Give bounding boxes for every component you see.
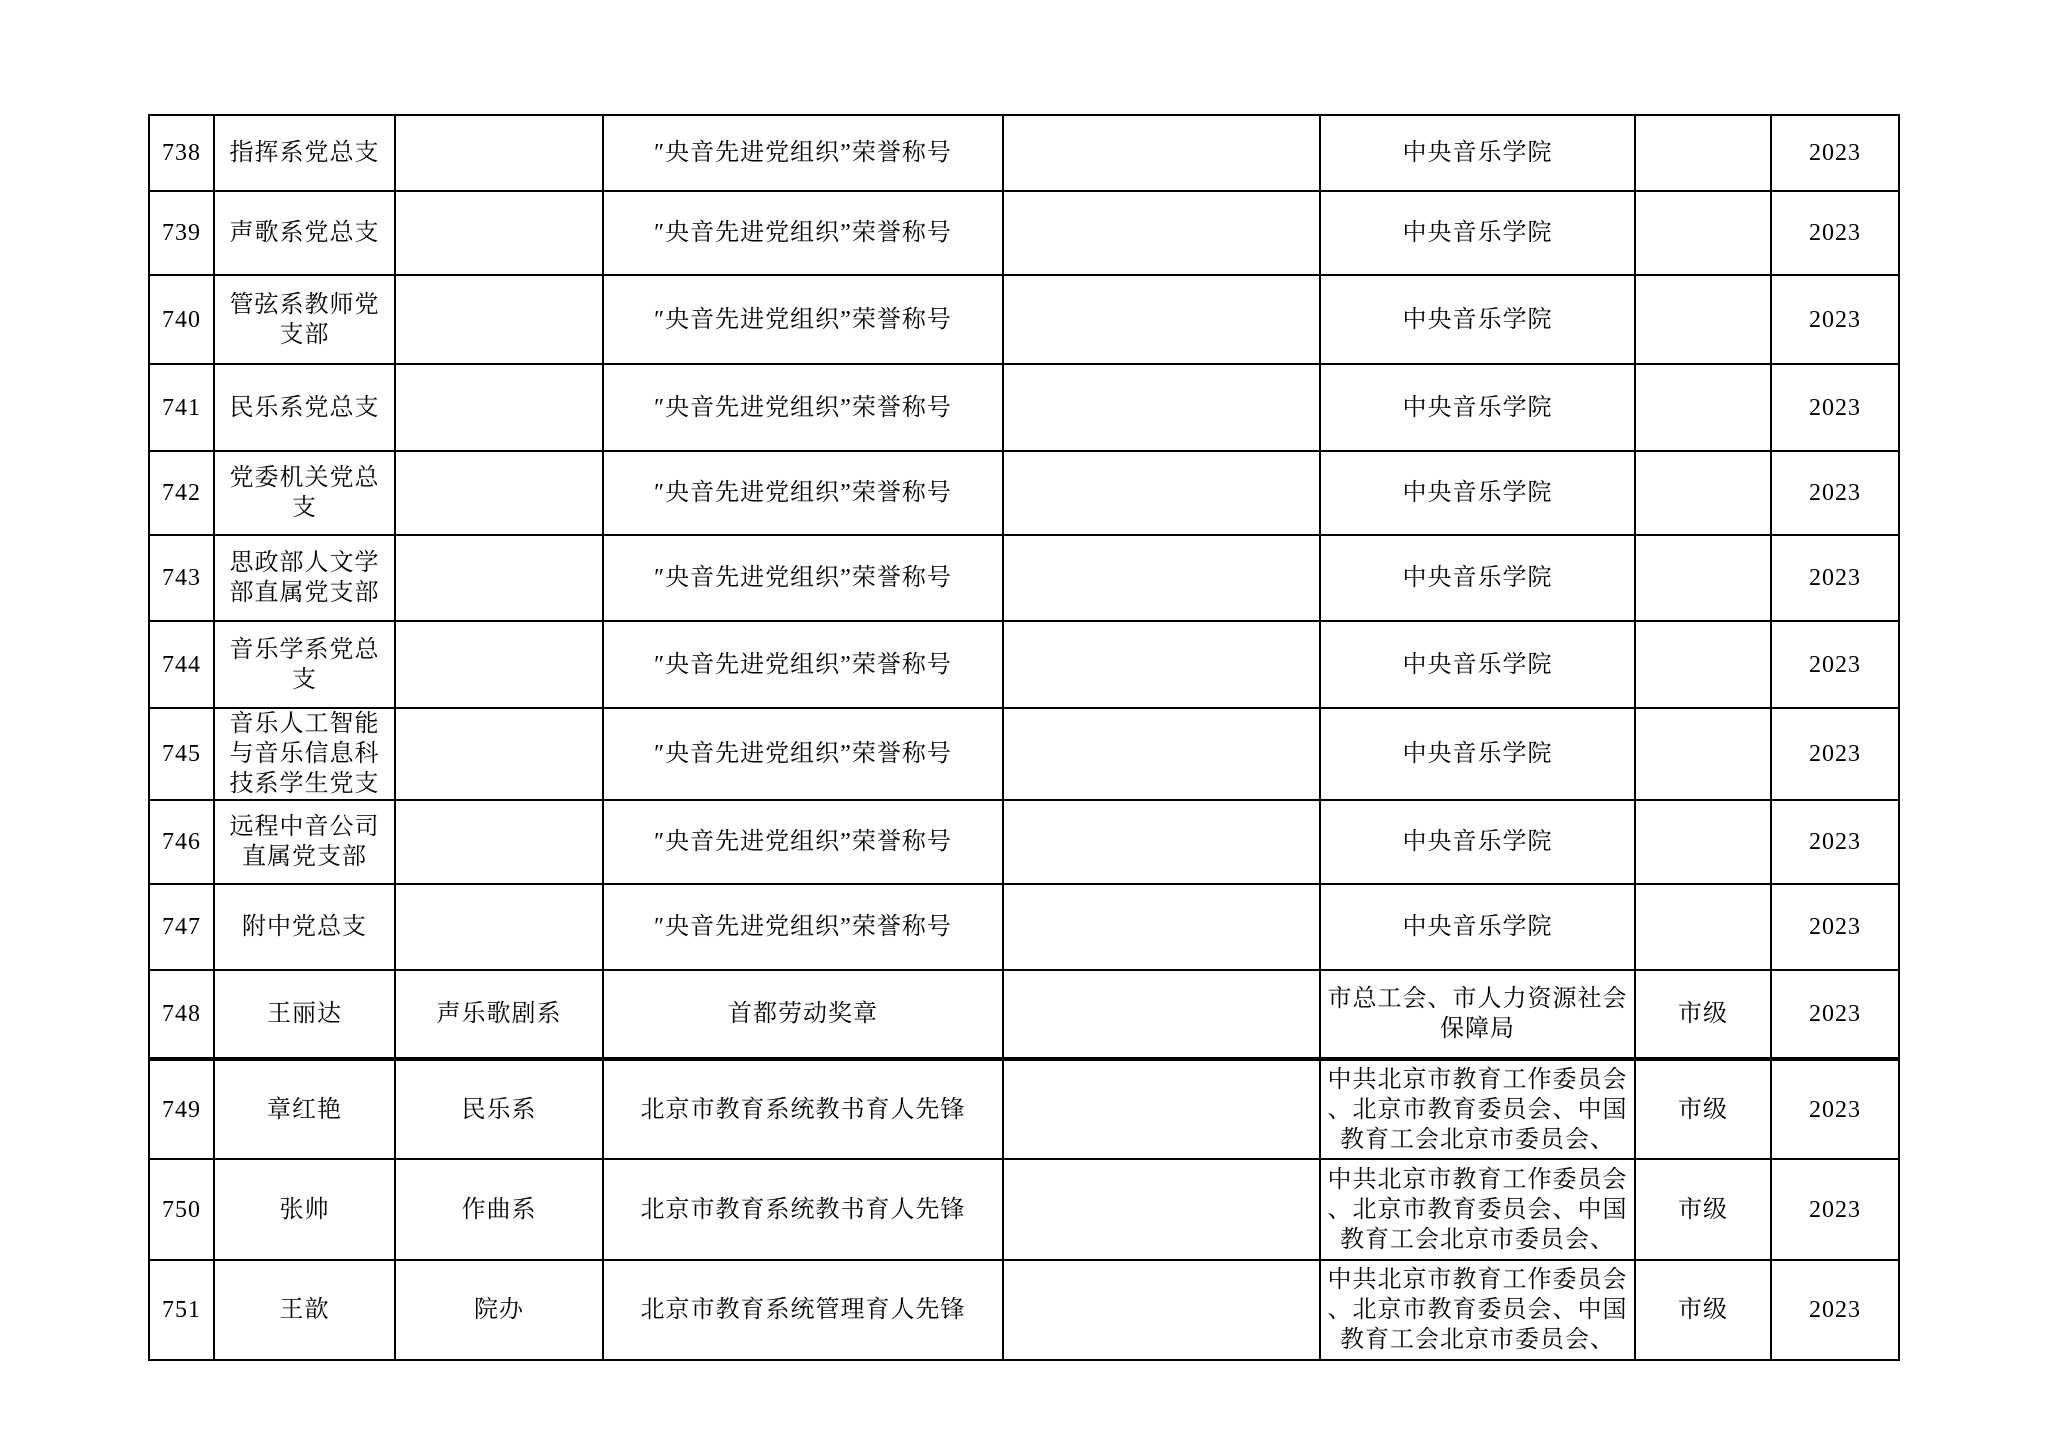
cell-department [395, 800, 603, 884]
cell-row-number: 751 [149, 1260, 214, 1360]
cell-row-number: 740 [149, 275, 214, 364]
cell-award-year: 2023 [1771, 535, 1899, 621]
table-row: 749章红艳民乐系北京市教育系统教书育人先锋中共北京市教育工作委员会 、北京市教… [149, 1059, 1899, 1159]
cell-blank [1003, 1260, 1320, 1360]
cell-award-year: 2023 [1771, 115, 1899, 191]
cell-row-number: 749 [149, 1059, 214, 1159]
cell-department [395, 621, 603, 708]
cell-blank [1003, 1159, 1320, 1260]
cell-recipient-name: 音乐人工智能 与音乐信息科 技系学生党支 [214, 708, 395, 800]
cell-blank [1003, 275, 1320, 364]
table-row: 751王歆院办北京市教育系统管理育人先锋中共北京市教育工作委员会 、北京市教育委… [149, 1260, 1899, 1360]
cell-department: 院办 [395, 1260, 603, 1360]
cell-blank [1003, 191, 1320, 275]
cell-award-year: 2023 [1771, 884, 1899, 970]
cell-row-number: 748 [149, 970, 214, 1059]
cell-award-year: 2023 [1771, 1260, 1899, 1360]
cell-row-number: 745 [149, 708, 214, 800]
cell-award-level [1635, 115, 1771, 191]
cell-award-year: 2023 [1771, 191, 1899, 275]
cell-awarding-org: 市总工会、市人力资源社会 保障局 [1320, 970, 1635, 1059]
cell-awarding-org: 中央音乐学院 [1320, 884, 1635, 970]
cell-award-title: ″央音先进党组织”荣誉称号 [603, 535, 1003, 621]
table-row: 744音乐学系党总 支″央音先进党组织”荣誉称号中央音乐学院2023 [149, 621, 1899, 708]
cell-award-year: 2023 [1771, 275, 1899, 364]
cell-row-number: 741 [149, 364, 214, 451]
cell-recipient-name: 王歆 [214, 1260, 395, 1360]
cell-recipient-name: 远程中音公司 直属党支部 [214, 800, 395, 884]
cell-awarding-org: 中央音乐学院 [1320, 535, 1635, 621]
cell-department [395, 451, 603, 535]
cell-recipient-name: 章红艳 [214, 1059, 395, 1159]
cell-department [395, 708, 603, 800]
cell-award-year: 2023 [1771, 970, 1899, 1059]
cell-department: 声乐歌剧系 [395, 970, 603, 1059]
cell-award-year: 2023 [1771, 708, 1899, 800]
cell-awarding-org: 中央音乐学院 [1320, 364, 1635, 451]
cell-blank [1003, 621, 1320, 708]
table-row: 739声歌系党总支″央音先进党组织”荣誉称号中央音乐学院2023 [149, 191, 1899, 275]
cell-awarding-org: 中共北京市教育工作委员会 、北京市教育委员会、中国 教育工会北京市委员会、 [1320, 1059, 1635, 1159]
cell-department [395, 884, 603, 970]
cell-row-number: 738 [149, 115, 214, 191]
table-row: 745音乐人工智能 与音乐信息科 技系学生党支″央音先进党组织”荣誉称号中央音乐… [149, 708, 1899, 800]
table-row: 743思政部人文学 部直属党支部″央音先进党组织”荣誉称号中央音乐学院2023 [149, 535, 1899, 621]
cell-awarding-org: 中央音乐学院 [1320, 451, 1635, 535]
cell-row-number: 744 [149, 621, 214, 708]
cell-awarding-org: 中共北京市教育工作委员会 、北京市教育委员会、中国 教育工会北京市委员会、 [1320, 1260, 1635, 1360]
cell-blank [1003, 364, 1320, 451]
cell-department [395, 275, 603, 364]
cell-award-level: 市级 [1635, 1059, 1771, 1159]
cell-blank [1003, 970, 1320, 1059]
cell-award-year: 2023 [1771, 800, 1899, 884]
cell-blank [1003, 884, 1320, 970]
cell-award-title: ″央音先进党组织”荣誉称号 [603, 708, 1003, 800]
cell-award-level [1635, 535, 1771, 621]
cell-awarding-org: 中央音乐学院 [1320, 800, 1635, 884]
cell-award-level [1635, 364, 1771, 451]
cell-recipient-name: 指挥系党总支 [214, 115, 395, 191]
cell-award-title: 北京市教育系统教书育人先锋 [603, 1159, 1003, 1260]
cell-department: 民乐系 [395, 1059, 603, 1159]
cell-awarding-org: 中共北京市教育工作委员会 、北京市教育委员会、中国 教育工会北京市委员会、 [1320, 1159, 1635, 1260]
cell-award-level [1635, 800, 1771, 884]
cell-award-level [1635, 275, 1771, 364]
cell-blank [1003, 451, 1320, 535]
cell-awarding-org: 中央音乐学院 [1320, 191, 1635, 275]
table-row: 741民乐系党总支″央音先进党组织”荣誉称号中央音乐学院2023 [149, 364, 1899, 451]
cell-award-title: ″央音先进党组织”荣誉称号 [603, 884, 1003, 970]
cell-award-level [1635, 708, 1771, 800]
cell-department [395, 364, 603, 451]
cell-blank [1003, 535, 1320, 621]
cell-row-number: 746 [149, 800, 214, 884]
cell-award-title: ″央音先进党组织”荣誉称号 [603, 115, 1003, 191]
cell-award-title: 北京市教育系统教书育人先锋 [603, 1059, 1003, 1159]
cell-blank [1003, 800, 1320, 884]
cell-row-number: 747 [149, 884, 214, 970]
cell-blank [1003, 708, 1320, 800]
cell-blank [1003, 115, 1320, 191]
cell-awarding-org: 中央音乐学院 [1320, 708, 1635, 800]
cell-award-title: ″央音先进党组织”荣誉称号 [603, 364, 1003, 451]
cell-award-level: 市级 [1635, 1159, 1771, 1260]
cell-recipient-name: 音乐学系党总 支 [214, 621, 395, 708]
cell-award-title: ″央音先进党组织”荣誉称号 [603, 621, 1003, 708]
table-row: 742党委机关党总 支″央音先进党组织”荣誉称号中央音乐学院2023 [149, 451, 1899, 535]
table-row: 750张帅作曲系北京市教育系统教书育人先锋中共北京市教育工作委员会 、北京市教育… [149, 1159, 1899, 1260]
cell-awarding-org: 中央音乐学院 [1320, 275, 1635, 364]
cell-award-level: 市级 [1635, 1260, 1771, 1360]
cell-award-level: 市级 [1635, 970, 1771, 1059]
awards-table: 738指挥系党总支″央音先进党组织”荣誉称号中央音乐学院2023739声歌系党总… [148, 114, 1900, 1361]
cell-award-title: ″央音先进党组织”荣誉称号 [603, 451, 1003, 535]
table-row: 747附中党总支″央音先进党组织”荣誉称号中央音乐学院2023 [149, 884, 1899, 970]
table-row: 738指挥系党总支″央音先进党组织”荣誉称号中央音乐学院2023 [149, 115, 1899, 191]
cell-award-title: ″央音先进党组织”荣誉称号 [603, 191, 1003, 275]
cell-recipient-name: 思政部人文学 部直属党支部 [214, 535, 395, 621]
cell-award-title: ″央音先进党组织”荣誉称号 [603, 800, 1003, 884]
cell-award-title: ″央音先进党组织”荣誉称号 [603, 275, 1003, 364]
cell-department: 作曲系 [395, 1159, 603, 1260]
document-page: 738指挥系党总支″央音先进党组织”荣誉称号中央音乐学院2023739声歌系党总… [0, 0, 2048, 1449]
cell-award-year: 2023 [1771, 364, 1899, 451]
cell-award-level [1635, 884, 1771, 970]
cell-row-number: 739 [149, 191, 214, 275]
cell-row-number: 750 [149, 1159, 214, 1260]
cell-award-year: 2023 [1771, 1059, 1899, 1159]
cell-award-level [1635, 451, 1771, 535]
cell-recipient-name: 管弦系教师党 支部 [214, 275, 395, 364]
cell-award-level [1635, 621, 1771, 708]
cell-award-title: 北京市教育系统管理育人先锋 [603, 1260, 1003, 1360]
cell-recipient-name: 张帅 [214, 1159, 395, 1260]
cell-row-number: 743 [149, 535, 214, 621]
cell-recipient-name: 民乐系党总支 [214, 364, 395, 451]
cell-award-year: 2023 [1771, 1159, 1899, 1260]
cell-recipient-name: 党委机关党总 支 [214, 451, 395, 535]
cell-department [395, 191, 603, 275]
cell-blank [1003, 1059, 1320, 1159]
cell-award-year: 2023 [1771, 621, 1899, 708]
table-row: 740管弦系教师党 支部″央音先进党组织”荣誉称号中央音乐学院2023 [149, 275, 1899, 364]
cell-award-year: 2023 [1771, 451, 1899, 535]
cell-recipient-name: 声歌系党总支 [214, 191, 395, 275]
cell-award-level [1635, 191, 1771, 275]
cell-recipient-name: 王丽达 [214, 970, 395, 1059]
cell-award-title: 首都劳动奖章 [603, 970, 1003, 1059]
table-row: 746远程中音公司 直属党支部″央音先进党组织”荣誉称号中央音乐学院2023 [149, 800, 1899, 884]
cell-row-number: 742 [149, 451, 214, 535]
cell-department [395, 115, 603, 191]
cell-department [395, 535, 603, 621]
cell-recipient-name: 附中党总支 [214, 884, 395, 970]
cell-awarding-org: 中央音乐学院 [1320, 115, 1635, 191]
cell-awarding-org: 中央音乐学院 [1320, 621, 1635, 708]
table-row: 748王丽达声乐歌剧系首都劳动奖章市总工会、市人力资源社会 保障局市级2023 [149, 970, 1899, 1059]
